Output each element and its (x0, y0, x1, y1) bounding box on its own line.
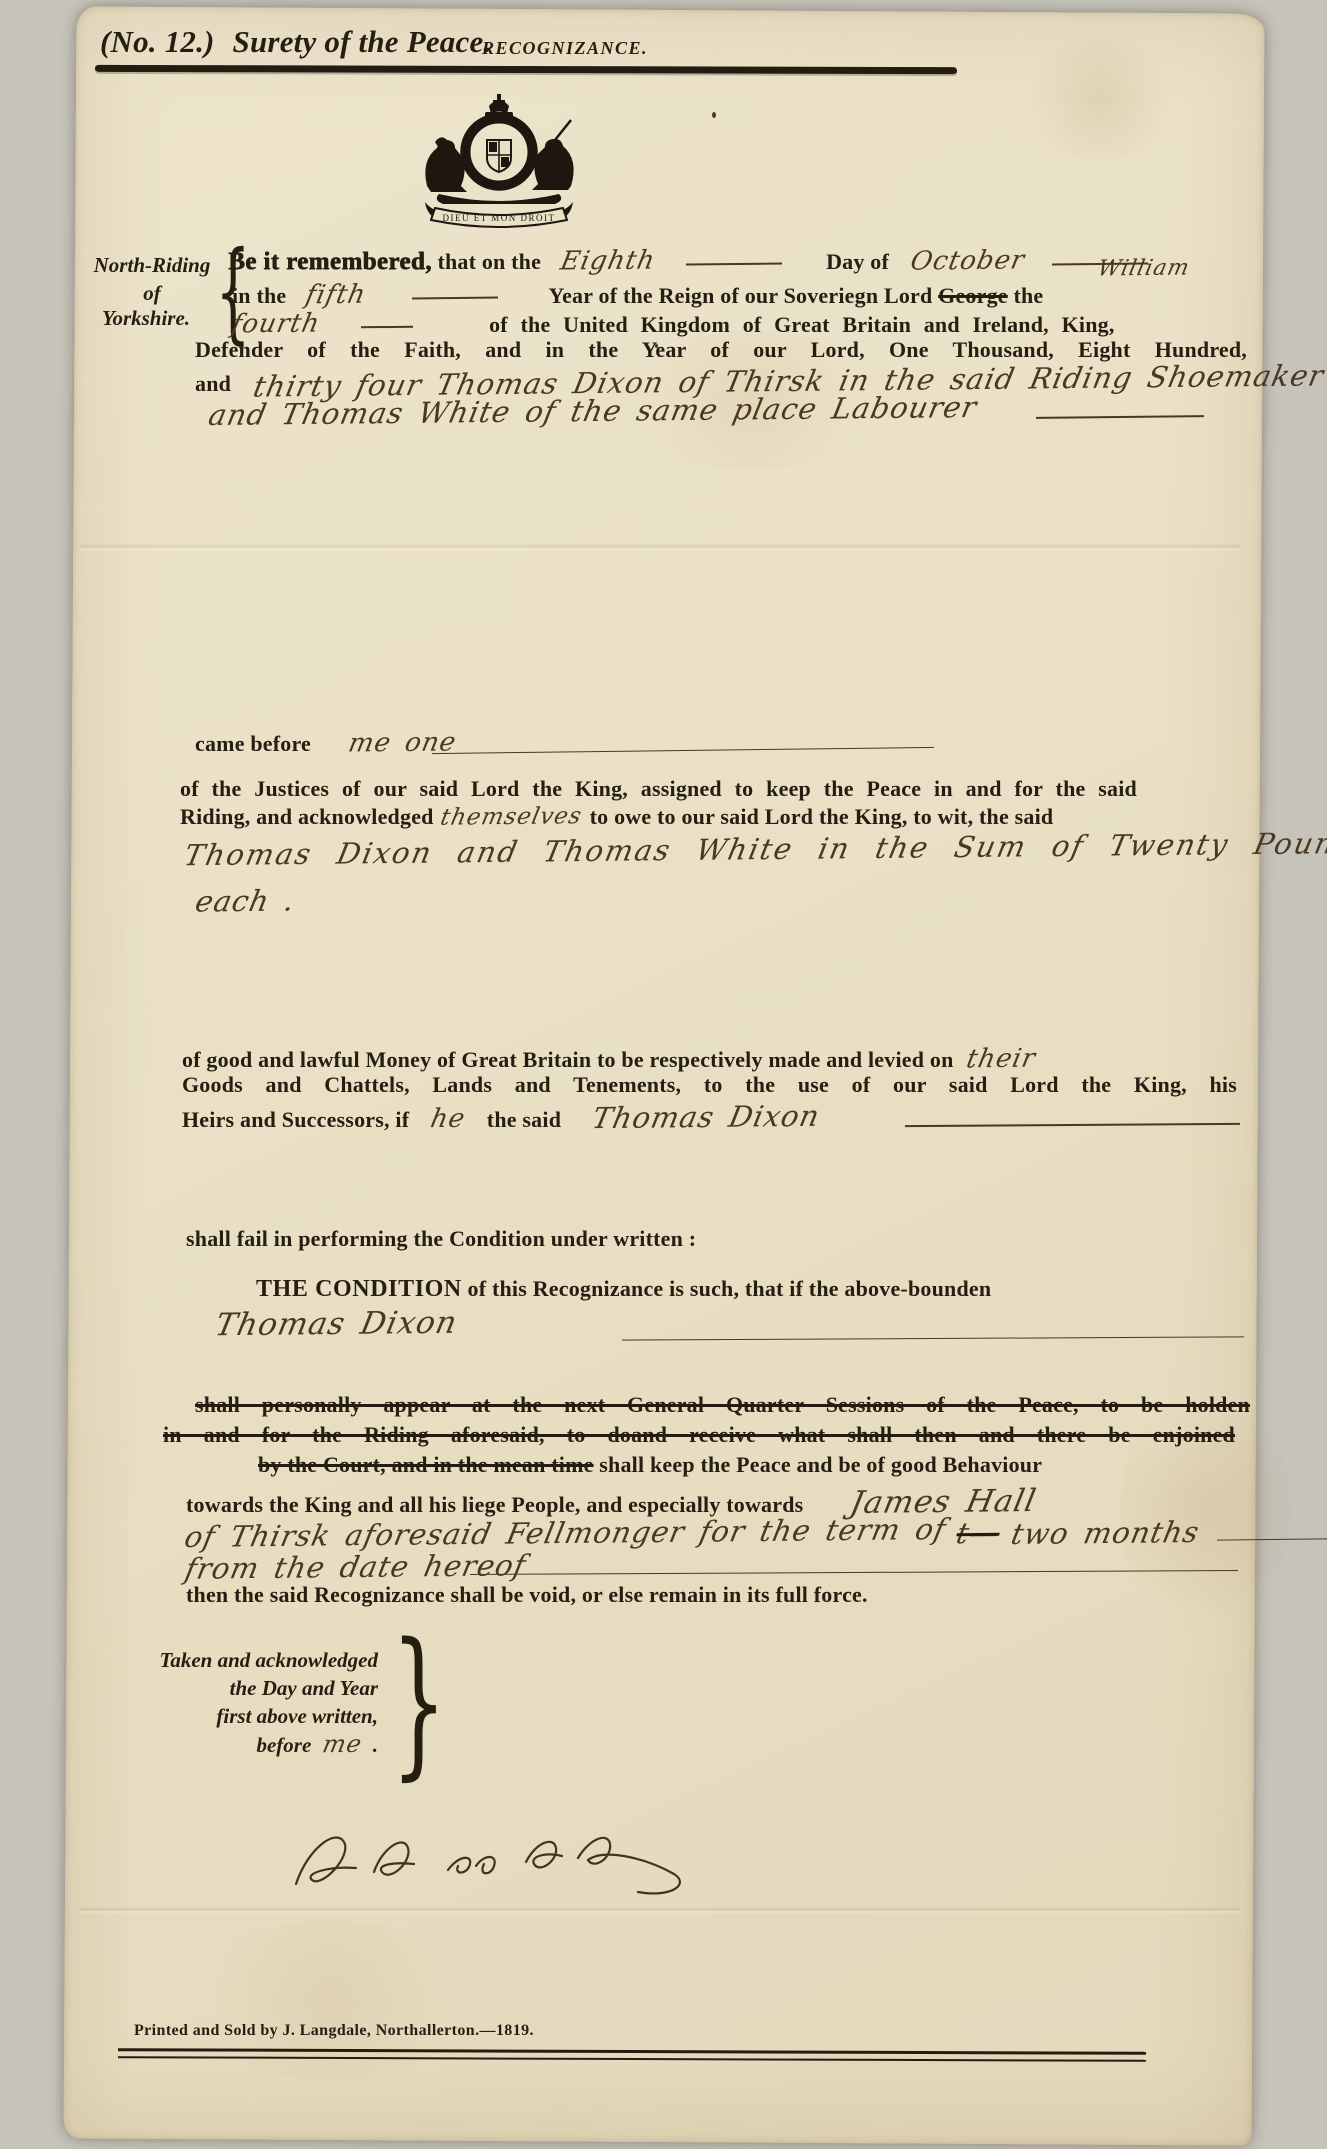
hw-sum: Thomas Dixon and Thomas White in the Sum… (181, 826, 1327, 872)
printed-text: Riding, and acknowledged (180, 804, 434, 829)
printed-text: came before (195, 731, 311, 756)
printed-text: the (1013, 283, 1043, 308)
struck-text: by the Court, and in the mean time (258, 1452, 594, 1477)
attestation-brace: } (391, 1622, 447, 1782)
ink-dash (686, 262, 782, 265)
printed-text: . (373, 1733, 378, 1757)
hw-from-date: from the date hereof (182, 1548, 529, 1586)
struck-king-name: George (938, 283, 1008, 308)
hw-regnal-ordinal: fourth (229, 309, 323, 340)
justice-signature (278, 1818, 708, 1913)
opening-line4: Defender of the Faith, and in the Year o… (195, 337, 1247, 363)
printed-text: the said (487, 1107, 561, 1132)
condition-lead: THE CONDITION (256, 1276, 462, 1302)
justices-line1: of the Justices of our said Lord the Kin… (180, 776, 1137, 802)
hw-he: he (428, 1104, 468, 1134)
printed-text: in the (232, 283, 286, 308)
condition-line: THE CONDITION of this Recognizance is su… (256, 1276, 991, 1303)
opening-line6: and Thomas White of the same place Labou… (210, 394, 1204, 428)
printed-text: of the United Kingdom of Great Britain a… (489, 312, 1114, 337)
struck-clause-line2: in and for the Riding aforesaid, to doan… (163, 1422, 1235, 1448)
hw-principal: Thomas Dixon (589, 1099, 823, 1135)
hw-term: of Thirsk aforesaid Fellmonger for the t… (182, 1512, 950, 1554)
printed-text: Heirs and Successors, if (182, 1107, 409, 1132)
sum-line: Thomas Dixon and Thomas White in the Sum… (186, 832, 1327, 866)
opening-line2: in the fifth Year of the Reign of our So… (232, 280, 1043, 310)
hw-king-correction: William (1095, 256, 1192, 282)
county-line3: Yorkshire. (86, 306, 206, 331)
fail-clause: shall fail in performing the Condition u… (186, 1226, 696, 1252)
hw-day: Eighth (558, 246, 658, 277)
royal-coat-of-arms: DIEU ET MON DROIT (405, 90, 593, 230)
came-before-line: came before me one (195, 728, 456, 758)
term-line: of Thirsk aforesaid Fellmonger for the t… (186, 1516, 1327, 1550)
ink-dash (412, 297, 498, 300)
printed-text: of this Recognizance is such, that if th… (462, 1276, 991, 1301)
opening-line1: Be it remembered, that on the Eighth Day… (228, 246, 1148, 276)
from-date-line: from the date hereof (186, 1550, 525, 1584)
void-clause: then the said Recognizance shall be void… (186, 1582, 868, 1608)
ink-dash (361, 326, 413, 329)
hw-each: each . (192, 883, 298, 918)
document-scan: (No. 12.) Surety of the Peace. RECOGNIZA… (0, 0, 1327, 2149)
printed-text: before (256, 1733, 311, 1757)
printed-text: that on the (437, 249, 541, 274)
each-line: each . (196, 884, 295, 918)
hw-month: October (908, 245, 1028, 276)
hw-term-duration: two months (1008, 1515, 1202, 1551)
ink-dash (1217, 1538, 1327, 1540)
hw-parties-line2: and Thomas White of the same place Labou… (206, 390, 981, 432)
hw-themselves: themselves (439, 803, 585, 830)
form-number: (No. 12.) (100, 24, 215, 59)
hw-bounden-name: Thomas Dixon (212, 1305, 461, 1344)
motto-text: DIEU ET MON DROIT (442, 213, 555, 223)
hw-their: their (964, 1044, 1039, 1075)
justices-line2: Riding, and acknowledged themselves to o… (180, 804, 1053, 830)
printer-imprint: Printed and Sold by J. Langdale, Northal… (134, 2022, 534, 2040)
blackletter-phrase: Be it remembered, (228, 248, 432, 275)
printed-text: Year of the Reign of our Soveriegn Lord (548, 283, 932, 308)
ink-dash (1036, 415, 1204, 419)
printed-text: Day of (826, 249, 889, 274)
form-header: (No. 12.) Surety of the Peace. (100, 24, 491, 60)
attestation-line3: first above written, (96, 1702, 378, 1730)
hw-me: me (320, 1730, 365, 1758)
struck-clause-line3: by the Court, and in the mean time shall… (258, 1452, 1042, 1478)
printed-text: to owe to our said Lord the King, to wit… (590, 804, 1054, 829)
printed-text: shall keep the Peace and be of good Beha… (594, 1452, 1043, 1477)
attestation-line2: the Day and Year (96, 1674, 378, 1702)
county-line2: of (92, 281, 212, 306)
attestation-line1: Taken and acknowledged (96, 1646, 378, 1674)
hw-term-struck: t— (954, 1516, 1004, 1550)
money-line2: Goods and Chattels, Lands and Tenements,… (182, 1072, 1237, 1098)
hw-regnal-year: fifth (303, 280, 369, 311)
form-title: Surety of the Peace. (233, 24, 492, 59)
opening-line3: fourth of the United Kingdom of Great Br… (232, 309, 1115, 339)
printed-text: towards the King and all his liege Peopl… (186, 1492, 803, 1517)
attestation-line4: before me . (96, 1730, 378, 1759)
struck-clause-line1: shall personally appear at the next Gene… (195, 1392, 1250, 1418)
printed-text: and (195, 371, 231, 396)
county-line1: North-Riding (92, 253, 212, 278)
printed-text: of good and lawful Money of Great Britai… (182, 1047, 954, 1072)
form-subtitle: RECOGNIZANCE. (482, 38, 648, 59)
ink-speck (712, 112, 716, 118)
attestation-block: Taken and acknowledged the Day and Year … (96, 1646, 378, 1759)
money-line3: Heirs and Successors, if he the said Tho… (182, 1100, 819, 1134)
money-line1: of good and lawful Money of Great Britai… (182, 1044, 1036, 1074)
bounden-line: Thomas Dixon (216, 1306, 457, 1342)
